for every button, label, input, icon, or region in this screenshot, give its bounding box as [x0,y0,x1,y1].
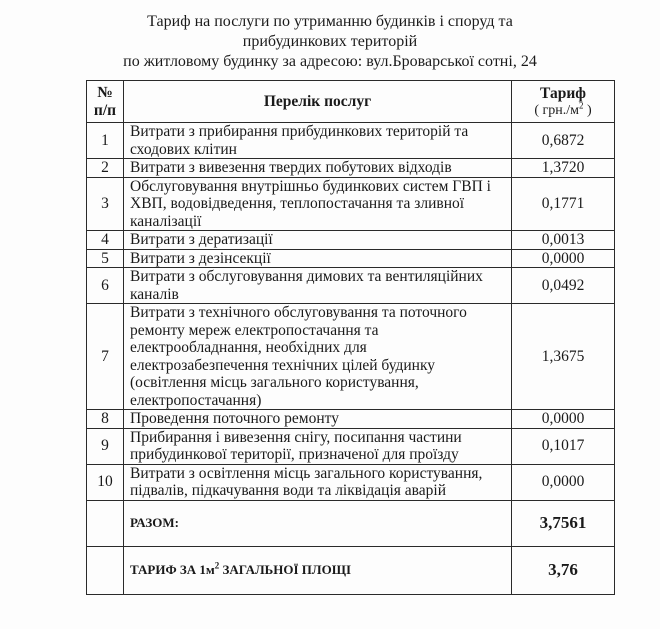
row-number: 1 [87,123,124,159]
service-name: Витрати з дезінсекції [124,249,512,268]
service-name: Витрати з освітлення місць загального ко… [124,464,512,500]
document-title: Тариф на послуги по утриманню будинків і… [0,12,660,72]
service-name: Витрати з технічного обслуговування та п… [124,304,512,410]
row-number: 7 [87,304,124,410]
service-name: Проведення поточного ремонту [124,410,512,429]
service-name: Прибирання і вивезення снігу, посипання … [124,428,512,464]
tariff-value: 0,0013 [512,231,615,250]
title-line-2: прибудинкових територій [0,32,660,52]
tariff-per-m2-value: 3,76 [512,546,615,594]
table-row: 5Витрати з дезінсекції0,0000 [87,249,615,268]
tariff-value: 0,0000 [512,464,615,500]
row-number: 6 [87,268,124,304]
table-row: 1Витрати з прибирання прибудинкових тери… [87,123,615,159]
service-name: Витрати з вивезення твердих побутових ві… [124,159,512,178]
tariff-value: 1,3675 [512,304,615,410]
table-row: 4Витрати з дератизації0,0013 [87,231,615,250]
header-service-list: Перелік послуг [124,81,512,123]
row-number: 9 [87,428,124,464]
service-name: Витрати з прибирання прибудинкових терит… [124,123,512,159]
tariff-value: 0,1771 [512,177,615,231]
row-number: 10 [87,464,124,500]
table-row: 6Витрати з обслуговування димових та вен… [87,268,615,304]
header-tariff: Тариф ( грн./м2 ) [512,81,615,123]
service-name: Обслуговування внутрішньо будинкових сис… [124,177,512,231]
total-label: РАЗОМ: [124,500,512,546]
table-row: 7Витрати з технічного обслуговування та … [87,304,615,410]
total-value: 3,7561 [512,500,615,546]
service-name: Витрати з обслуговування димових та вент… [124,268,512,304]
title-line-1: Тариф на послуги по утриманню будинків і… [0,12,660,32]
tariff-value: 0,1017 [512,428,615,464]
title-line-3: по житловому будинку за адресою: вул.Бро… [0,52,660,72]
table-row: 9Прибирання і вивезення снігу, посипання… [87,428,615,464]
row-number: 8 [87,410,124,429]
tariff-table: № п/п Перелік послуг Тариф ( грн./м2 ) 1… [86,80,615,595]
tariff-value: 0,0000 [512,410,615,429]
header-unit: ( грн./м2 ) [518,102,608,119]
service-name: Витрати з дератизації [124,231,512,250]
table-header-row: № п/п Перелік послуг Тариф ( грн./м2 ) [87,81,615,123]
row-number: 5 [87,249,124,268]
row-number: 2 [87,159,124,178]
total-row: РАЗОМ: 3,7561 [87,500,615,546]
tariff-per-m2-row: ТАРИФ ЗА 1м2 ЗАГАЛЬНОЇ ПЛОЩІ 3,76 [87,546,615,594]
header-number: № п/п [87,81,124,123]
table-row: 10Витрати з освітлення місць загального … [87,464,615,500]
table-row: 8Проведення поточного ремонту0,0000 [87,410,615,429]
row-number: 4 [87,231,124,250]
tariff-value: 0,0492 [512,268,615,304]
table-row: 3Обслуговування внутрішньо будинкових си… [87,177,615,231]
table-row: 2Витрати з вивезення твердих побутових в… [87,159,615,178]
tariff-per-m2-label: ТАРИФ ЗА 1м2 ЗАГАЛЬНОЇ ПЛОЩІ [124,546,512,594]
tariff-value: 0,0000 [512,249,615,268]
row-number: 3 [87,177,124,231]
tariff-value: 0,6872 [512,123,615,159]
tariff-value: 1,3720 [512,159,615,178]
